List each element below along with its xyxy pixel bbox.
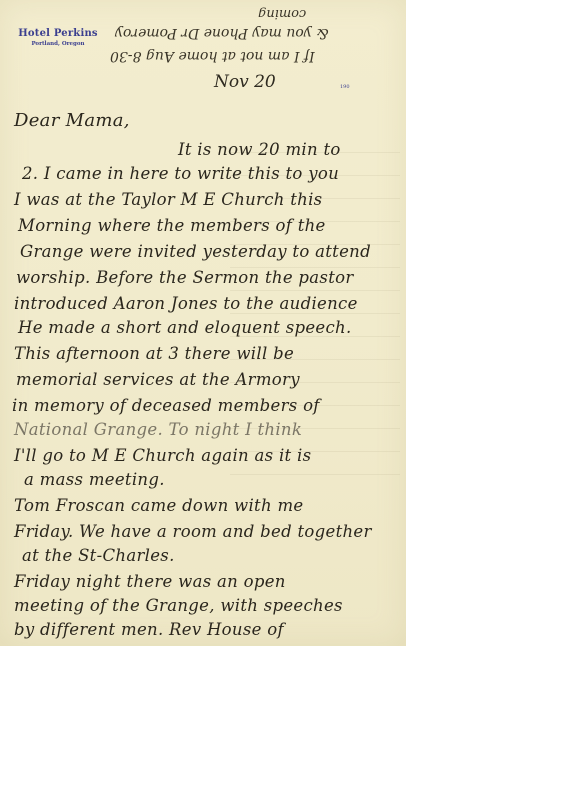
letterhead: Hotel Perkins Portland, Oregon <box>18 28 98 47</box>
letter-line: introduced Aaron Jones to the audience <box>14 294 358 313</box>
hotel-city: Portland, Oregon <box>18 41 98 47</box>
letter-line: by different men. Rev House of <box>14 620 284 639</box>
letter-line: memorial services at the Armory <box>16 370 300 389</box>
letter-line: National Grange. To night I think <box>14 420 302 439</box>
letter-line: a mass meeting. <box>24 470 165 489</box>
letter-line: I'll go to M E Church again as it is <box>14 446 311 465</box>
letter-line: Friday night there was an open <box>14 572 286 591</box>
inverted-note-line-3: If I am not at home Aug 8-30 <box>110 48 315 64</box>
letter-line: Grange were invited yesterday to attend <box>20 242 371 261</box>
letter-line: in memory of deceased members of <box>12 396 320 415</box>
letter-line: at the St-Charles. <box>22 546 175 565</box>
letter-line: Tom Froscan came down with me <box>14 496 303 515</box>
letter-line: meeting of the Grange, with speeches <box>14 596 343 615</box>
year-stamp: 190 <box>340 84 350 90</box>
inverted-note-line-1: coming <box>258 6 306 21</box>
letter-page: Hotel Perkins Portland, Oregon coming & … <box>0 0 406 646</box>
letter-date: Nov 20 <box>214 72 276 92</box>
letter-line: This afternoon at 3 there will be <box>14 344 294 363</box>
letter-line: worship. Before the Sermon the pastor <box>16 268 354 287</box>
inverted-note-line-2: & you may Phone Dr Pomeroy <box>115 25 329 41</box>
letter-line: It is now 20 min to <box>178 140 341 159</box>
salutation: Dear Mama, <box>14 110 130 131</box>
letter-line: Friday. We have a room and bed together <box>14 522 372 541</box>
letter-line: He made a short and eloquent speech. <box>18 318 352 337</box>
letter-line: Morning where the members of the <box>18 216 326 235</box>
letter-line: I was at the Taylor M E Church this <box>14 190 322 209</box>
letter-line: 2. I came in here to write this to you <box>22 164 339 183</box>
hotel-name: Hotel Perkins <box>18 28 98 39</box>
